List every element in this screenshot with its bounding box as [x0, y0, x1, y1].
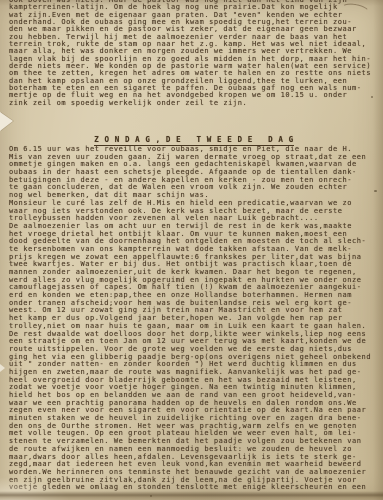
page-bottom-edge — [0, 491, 383, 500]
ink-speck — [371, 96, 373, 98]
torn-edge-small — [0, 364, 5, 372]
document-page: Ook boven was niets. Maar de pastoor was… — [0, 0, 383, 500]
intro-paragraph: Ook boven was niets. Maar de pastoor was… — [9, 0, 379, 107]
ink-speck — [374, 190, 377, 192]
section-heading-row: Z O N D A G , D E T W E E D E D A G — [9, 127, 379, 146]
text-line: zink zeil om spoedig werkelijk onder zei… — [9, 100, 379, 107]
body-paragraph: Om 6.15 uur was het reveille voor oubaas… — [9, 146, 379, 492]
torn-edge — [0, 112, 13, 131]
